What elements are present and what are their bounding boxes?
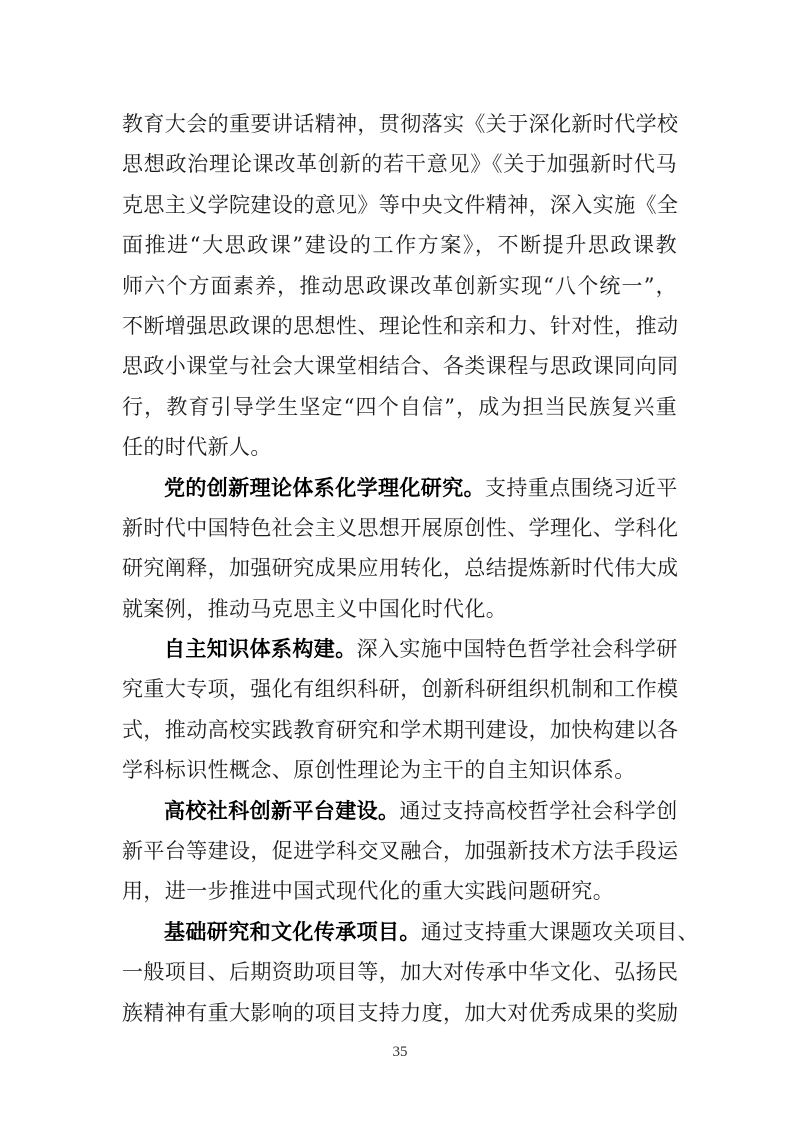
paragraph-heading: 基础研究和文化传承项目。 [164, 919, 421, 944]
paragraph-heading: 自主知识体系构建。 [164, 636, 357, 661]
text-line: 思政小课堂与社会大课堂相结合、各类课程与思政课同向同 [122, 346, 677, 386]
text-line: 不断增强思政课的思想性、理论性和亲和力、针对性，推动 [122, 306, 677, 346]
paragraph-text: 支持重点围绕习近平 [485, 476, 678, 500]
paragraph-text: 深入实施中国特色哲学社会科学研 [357, 637, 678, 661]
text-line: 族精神有重大影响的项目支持力度，加大对优秀成果的奖励 [122, 993, 677, 1033]
text-line: 就案例，推动马克思主义中国化时代化。 [122, 589, 677, 629]
paragraph-first-line: 自主知识体系构建。深入实施中国特色哲学社会科学研 [122, 629, 677, 669]
text-line: 学科标识性概念、原创性理论为主干的自主知识体系。 [122, 750, 677, 790]
body-text: 教育大会的重要讲话精神，贯彻落实《关于深化新时代学校 思想政治理论课改革创新的若… [122, 104, 702, 1033]
document-page: 教育大会的重要讲话精神，贯彻落实《关于深化新时代学校 思想政治理论课改革创新的若… [0, 0, 800, 1131]
paragraph-first-line: 党的创新理论体系化学理化研究。支持重点围绕习近平 [122, 468, 677, 508]
text-line: 行，教育引导学生坚定“四个自信”，成为担当民族复兴重 [122, 387, 677, 427]
text-line: 用，进一步推进中国式现代化的重大实践问题研究。 [122, 871, 677, 911]
text-line: 研究阐释，加强研究成果应用转化，总结提炼新时代伟大成 [122, 548, 677, 588]
paragraph-text: 通过支持高校哲学社会科学创 [399, 799, 677, 823]
text-line: 思想政治理论课改革创新的若干意见》《关于加强新时代马 [122, 144, 677, 184]
paragraph-theory-research: 党的创新理论体系化学理化研究。支持重点围绕习近平 新时代中国特色社会主义思想开展… [122, 468, 702, 630]
text-line: 新平台等建设，促进学科交叉融合，加强新技术方法手段运 [122, 831, 677, 871]
paragraph-text: 通过支持重大课题攻关项目、 [421, 920, 699, 944]
text-line: 究重大专项，强化有组织科研，创新科研组织机制和工作模 [122, 669, 677, 709]
paragraph-first-line: 高校社科创新平台建设。通过支持高校哲学社会科学创 [122, 791, 677, 831]
paragraph-heading: 党的创新理论体系化学理化研究。 [164, 475, 485, 500]
paragraph-first-line: 基础研究和文化传承项目。通过支持重大课题攻关项目、 [122, 912, 692, 952]
text-line: 教育大会的重要讲话精神，贯彻落实《关于深化新时代学校 [122, 104, 677, 144]
text-line: 式，推动高校实践教育研究和学术期刊建设，加快构建以各 [122, 710, 677, 750]
text-line: 一般项目、后期资助项目等，加大对传承中华文化、弘扬民 [122, 952, 677, 992]
paragraph-continuation: 教育大会的重要讲话精神，贯彻落实《关于深化新时代学校 思想政治理论课改革创新的若… [122, 104, 702, 468]
text-line: 新时代中国特色社会主义思想开展原创性、学理化、学科化 [122, 508, 677, 548]
paragraph-heading: 高校社科创新平台建设。 [164, 798, 399, 823]
text-line: 师六个方面素养，推动思政课改革创新实现“八个统一”， [122, 266, 677, 306]
paragraph-basic-research: 基础研究和文化传承项目。通过支持重大课题攻关项目、 一般项目、后期资助项目等，加… [122, 912, 702, 1033]
text-line: 克思主义学院建设的意见》等中央文件精神，深入实施《全 [122, 185, 677, 225]
paragraph-knowledge-system: 自主知识体系构建。深入实施中国特色哲学社会科学研 究重大专项，强化有组织科研，创… [122, 629, 702, 791]
text-line: 面推进“大思政课”建设的工作方案》，不断提升思政课教 [122, 225, 677, 265]
text-line: 任的时代新人。 [122, 427, 677, 467]
paragraph-innovation-platform: 高校社科创新平台建设。通过支持高校哲学社会科学创 新平台等建设，促进学科交叉融合… [122, 791, 702, 912]
page-number: 35 [0, 1044, 800, 1061]
